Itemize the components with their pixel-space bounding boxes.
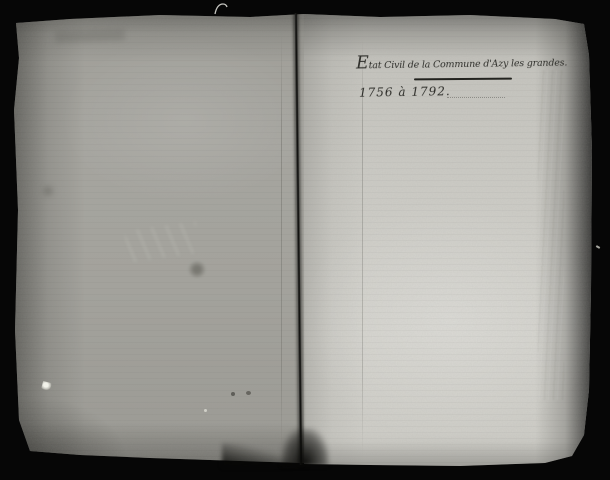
- handwritten-date-range: 1756 à 1792.: [359, 84, 451, 100]
- dust-speck: [596, 245, 600, 249]
- round-ink-stain: [188, 261, 206, 278]
- handwritten-title: Etat Civil de la Commune d'Azy les grand…: [356, 51, 567, 74]
- left-page-crease: [281, 30, 282, 455]
- edge-wrinkles: [538, 70, 564, 400]
- stain-left-edge: [40, 184, 56, 198]
- stain-top-left: [55, 29, 125, 43]
- scanned-register-spread: Etat Civil de la Commune d'Azy les grand…: [0, 0, 610, 480]
- ink-dot: [246, 391, 251, 395]
- ink-dot: [231, 392, 235, 396]
- right-page-crease: [362, 40, 363, 455]
- spine-foot-shadow: [281, 428, 329, 466]
- scratch-mark: [214, 2, 230, 15]
- faint-dotted-rule: [447, 97, 505, 98]
- paper-fleck: [204, 409, 207, 412]
